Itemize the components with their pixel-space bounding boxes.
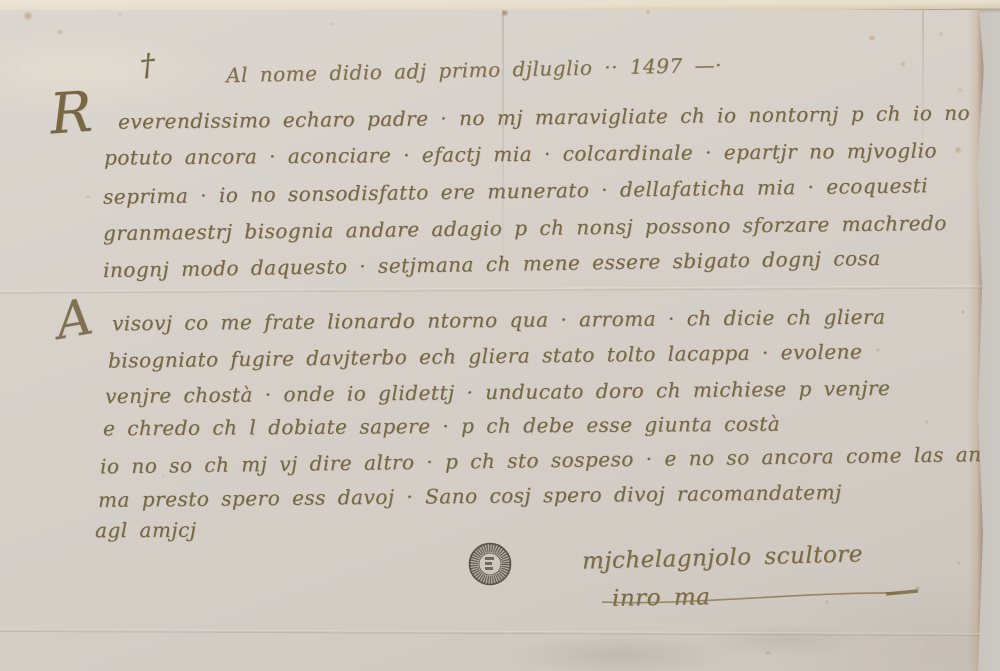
horizontal-fold-crease [0,285,1000,293]
manuscript-line: everendissimo echaro padre · no mj marav… [118,100,1000,133]
manuscript-line: e chredo ch l dobiate sapere · p ch debe… [103,412,780,441]
circular-ink-stamp [466,540,514,588]
manuscript-line: inognj modo daquesto · setjmana ch mene … [103,246,881,282]
manuscript-line: bisogniato fugire davjterbo ech gliera s… [108,339,863,372]
horizontal-fold-crease [0,629,1000,636]
heading-line: Al nome didio adj primo djluglio ·· 1497… [226,53,722,87]
signature-flourish [600,582,930,610]
initial-letter-A: A [52,291,97,347]
initial-letter-R: R [48,85,94,144]
manuscript-line: seprima · io no sonsodisfatto ere munera… [103,173,928,209]
manuscript-line: granmaestrj bisognia andare adagio p ch … [103,211,947,245]
manuscript-line: venjre chostà · onde io glidettj · unduc… [105,376,891,408]
manuscript-line: visovj co me frate lionardo ntorno qua ·… [112,305,886,336]
manuscript-line: agl amjcj [95,518,197,543]
manuscript-photograph: † Al nome didio adj primo djluglio ·· 14… [0,0,1000,671]
letter-paper: † Al nome didio adj primo djluglio ·· 14… [0,10,1000,671]
manuscript-line: potuto ancora · aconciare · efactj mia ·… [104,138,937,169]
heading-cross-mark: † [138,47,157,83]
manuscript-line: ma presto spero ess davoj · Sano cosj sp… [98,480,842,512]
signature-name: mjchelagnjolo scultore [582,541,863,574]
manuscript-line: io no so ch mj vj dire altro · p ch sto … [100,442,1000,479]
